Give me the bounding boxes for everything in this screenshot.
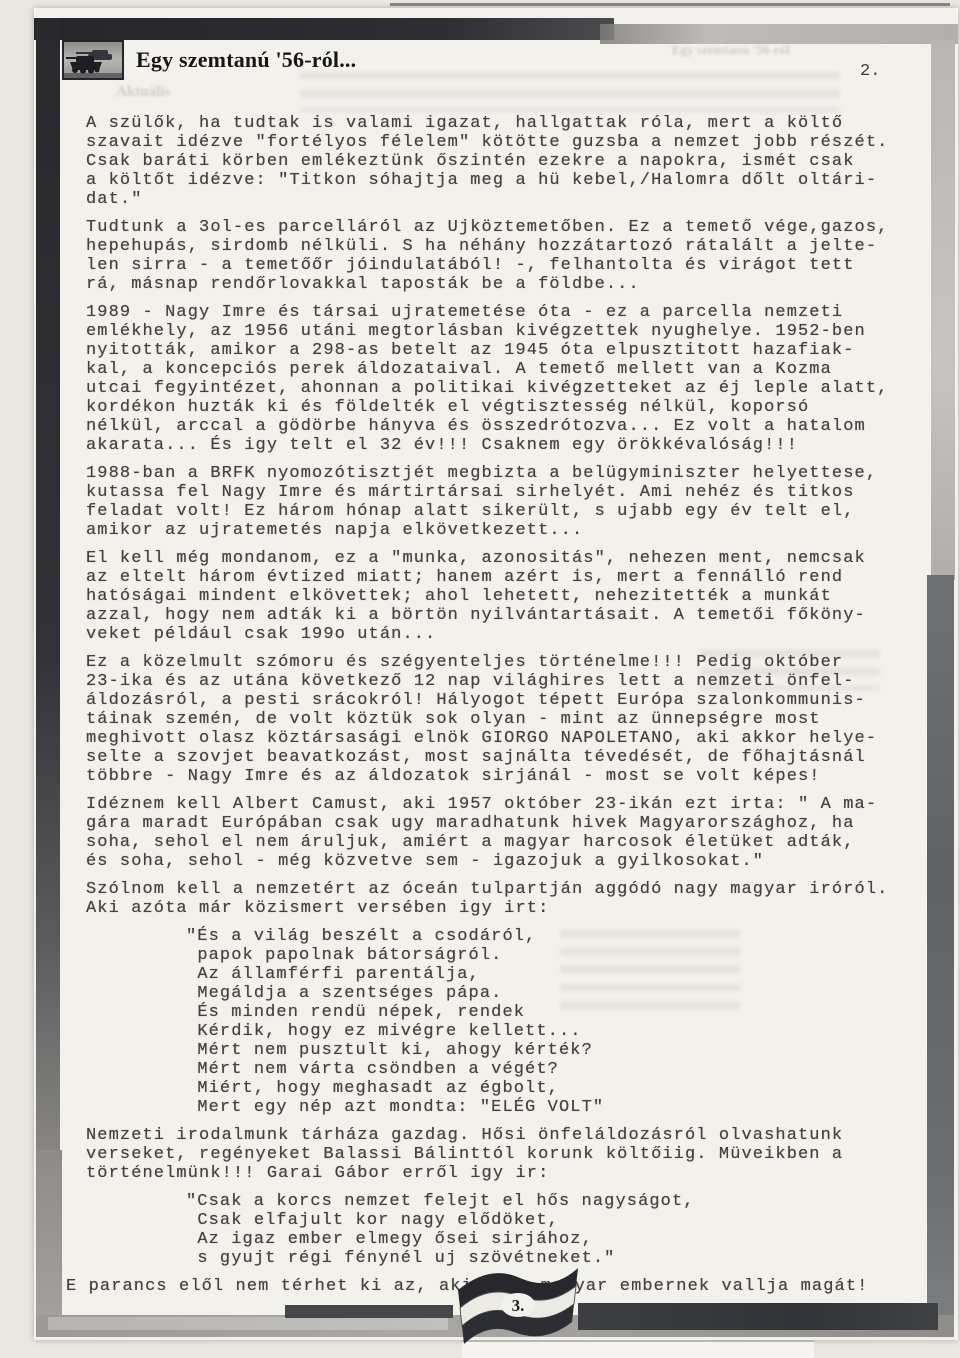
- footer-rule-left-dark: [285, 1305, 453, 1318]
- paragraph-8: Szólnom kell a nemzetért az óceán tulpar…: [86, 880, 942, 918]
- paragraph-2: Tudtunk a 3ol-es parcelláról az Ujköztem…: [86, 218, 942, 294]
- scanned-document-page: Egy szemtanú '56-ról Aktuális: [0, 0, 960, 1358]
- tank-photo-icon: [62, 40, 124, 80]
- paragraph-9: Nemzeti irodalmunk tárháza gazdag. Hősi …: [86, 1126, 942, 1183]
- paragraph-1: A szülők, ha tudtak is valami igazat, ha…: [86, 114, 942, 209]
- page-number-top: 2.: [860, 62, 880, 81]
- page-header: Egy szemtanú '56-ról...: [62, 38, 356, 82]
- paragraph-7-camus-quote: Idéznem kell Albert Camust, aki 1957 okt…: [86, 795, 942, 871]
- poem-2-garai-gabor: "Csak a korcs nemzet felejt el hős nagys…: [186, 1192, 942, 1268]
- paragraph-4: 1988-ban a BRFK nyomozótisztjét megbizta…: [86, 464, 942, 540]
- page-title: Egy szemtanú '56-ról...: [136, 47, 356, 73]
- footer-rule-right: [578, 1303, 938, 1330]
- bleed-through-lines: [300, 72, 840, 112]
- photocopy-border-top-right: [600, 24, 958, 44]
- photocopy-border-left: [36, 18, 60, 1178]
- footer-rule-left-light: [48, 1317, 448, 1330]
- photocopy-border-left-lower: [36, 1150, 62, 1335]
- poem-1: "És a világ beszélt a csodáról, papok pa…: [186, 927, 942, 1117]
- page-number-bottom: 3.: [512, 1296, 525, 1315]
- paragraph-3: 1989 - Nagy Imre és társai ujratemetése …: [86, 303, 942, 455]
- scan-edge-artifact: [390, 3, 950, 6]
- document-body: A szülők, ha tudtak is valami igazat, ha…: [86, 114, 942, 1305]
- hungarian-1956-flag-icon: 3.: [448, 1258, 586, 1348]
- photocopy-border-top: [34, 18, 614, 40]
- paragraph-5: El kell még mondanom, ez a "munka, azono…: [86, 549, 942, 644]
- paragraph-6: Ez a közelmult szómoru és szégyenteljes …: [86, 653, 942, 786]
